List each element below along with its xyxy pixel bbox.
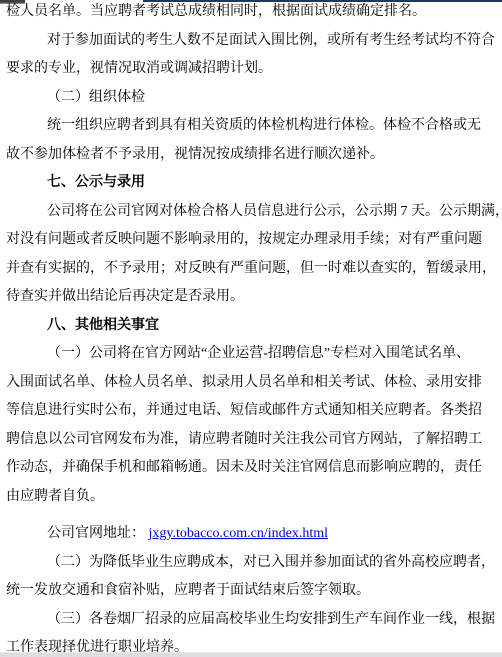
text-line: 作动态，并确保手机和邮箱畅通。因未及时关注官网信息而影响应聘的，责任 (6, 454, 498, 483)
text-line: 统一组织应聘者到具有相关资质的体检机构进行体检。体检不合格或无 (6, 112, 498, 141)
text-line: （三）各卷烟厂招录的应届高校毕业生均安排到生产车间作业一线，根据 (6, 606, 498, 635)
section-heading: 七、公示与录用 (6, 169, 498, 198)
text-line: 对于参加面试的考生人数不足面试入围比例，或所有考生经考试均不符合 (6, 27, 498, 56)
website-line: 公司官网地址： jxgy.tobacco.com.cn/index.html (6, 520, 498, 549)
text-line: 故不参加体检者不予录用，视情况按成绩排名进行顺次递补。 (6, 141, 498, 170)
text-line: 统一发放交通和食宿补贴，应聘者于面试结束后签字领取。 (6, 577, 498, 606)
text-line: 待查实并做出结论后再决定是否录用。 (6, 283, 498, 312)
window-bottom-edge (0, 652, 502, 657)
text-line: 并查有实据的，不予录用；对反映有严重问题，但一时难以查实的，暂缓录用， (6, 255, 498, 284)
text-line: （二）为降低毕业生应聘成本，对已入围并参加面试的省外高校应聘者， (6, 549, 498, 578)
document-body: 检人员名单。当应聘者考试总成绩相同时，根据面试成绩确定排名。 对于参加面试的考生… (6, 0, 498, 657)
text-line: 入围面试名单、体检人员名单、拟录用人员名单和相关考试、体检、录用安排 (6, 369, 498, 398)
website-label: 公司官网地址： (47, 526, 145, 541)
text-line: 等信息进行实时公布，并通过电话、短信或邮件方式通知相关应聘者。各类招 (6, 397, 498, 426)
subsection-heading: （二）组织体检 (6, 84, 498, 113)
text-line: 检人员名单。当应聘者考试总成绩相同时，根据面试成绩确定排名。 (6, 0, 498, 27)
text-line: 要求的专业，视情况取消或调减招聘计划。 (6, 55, 498, 84)
section-heading: 八、其他相关事宜 (6, 312, 498, 341)
text-line: （一）公司将在官方网站“企业运营-招聘信息”专栏对入围笔试名单、 (6, 340, 498, 369)
text-line: 聘信息以公司官网发布为准，请应聘者随时关注我公司官方网站，了解招聘工 (6, 426, 498, 455)
website-link[interactable]: jxgy.tobacco.com.cn/index.html (149, 526, 329, 541)
text-line: 对没有问题或者反映问题不影响录用的，按规定办理录用手续；对有严重问题 (6, 226, 498, 255)
text-line: 公司将在公司官网对体检合格人员信息进行公示，公示期 7 天。公示期满， (6, 198, 498, 227)
text-line: 由应聘者自负。 (6, 483, 498, 512)
document-page: 检人员名单。当应聘者考试总成绩相同时，根据面试成绩确定排名。 对于参加面试的考生… (0, 0, 502, 657)
